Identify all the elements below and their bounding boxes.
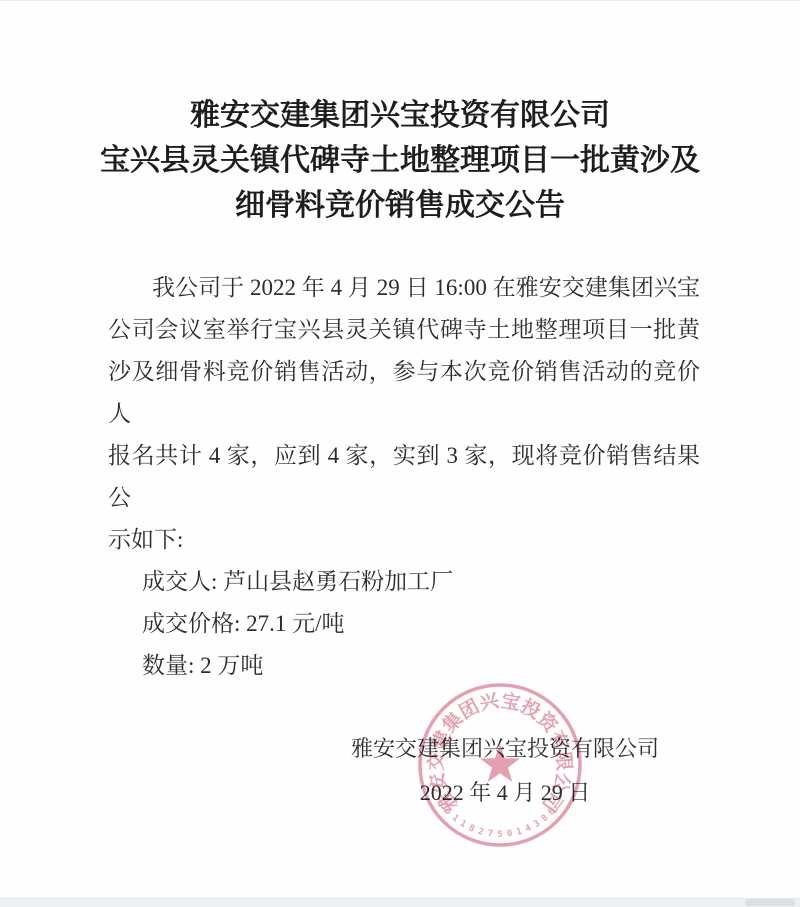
seal-number-digit: 1 [458, 819, 468, 830]
seal-number-digit: 3 [532, 819, 542, 830]
seal-ring-text-char: 团 [456, 695, 483, 723]
document-body: 我公司于 2022 年 4 月 29 日 16:00 在雅安交建集团兴宝 公司会… [108, 267, 700, 687]
signature-company: 雅安交建集团兴宝投资有限公司 [350, 727, 660, 771]
seal-ring-text-char: 兴 [478, 690, 501, 715]
paragraph-line: 沙及细骨料竞价销售活动，参与本次竞价销售活动的竞价人 [108, 351, 700, 435]
horizontal-scrollbar-thumb[interactable] [745, 899, 795, 906]
result-line-quantity: 数量: 2 万吨 [108, 645, 700, 687]
seal-ring-text-char: 投 [517, 694, 545, 723]
paragraph-line: 我公司于 2022 年 4 月 29 日 16:00 在雅安交建集团兴宝 [108, 267, 700, 309]
paragraph-line: 示如下: [108, 519, 700, 561]
title-line-3: 细骨料竞价销售成交公告 [0, 183, 800, 228]
signature-date: 2022 年 4 月 29 日 [350, 771, 660, 815]
paragraph-line: 公司会议室举行宝兴县灵关镇代碑寺土地整理项目一批黄 [108, 309, 700, 351]
paragraph-line: 报名共计 4 家，应到 4 家，实到 3 家，现将竞价销售结果公 [108, 435, 700, 519]
seal-number-digit: 2 [477, 827, 485, 838]
seal-number-digit: 7 [487, 829, 494, 840]
seal-number-digit: 5 [497, 830, 502, 840]
document-page: 雅安交建集团兴宝投资有限公司 宝兴县灵关镇代碑寺土地整理项目一批黄沙及 细骨料竞… [0, 0, 800, 907]
title-line-2: 宝兴县灵关镇代碑寺土地整理项目一批黄沙及 [0, 138, 800, 183]
seal-number-digit: 1 [515, 827, 523, 838]
signature-block: 雅安交建集团兴宝投资有限公司 2022 年 4 月 29 日 [350, 727, 660, 815]
document-title: 雅安交建集团兴宝投资有限公司 宝兴县灵关镇代碑寺土地整理项目一批黄沙及 细骨料竞… [0, 93, 800, 228]
title-line-1: 雅安交建集团兴宝投资有限公司 [0, 93, 800, 138]
result-line-price: 成交价格: 27.1 元/吨 [108, 603, 700, 645]
seal-ring-text-char: 宝 [499, 689, 522, 715]
seal-number-digit: 8 [467, 823, 476, 834]
seal-number-digit: 4 [524, 823, 534, 835]
seal-number-digit: 0 [506, 829, 513, 840]
result-line-winner: 成交人: 芦山县赵勇石粉加工厂 [108, 561, 700, 603]
horizontal-scrollbar[interactable] [0, 898, 800, 907]
